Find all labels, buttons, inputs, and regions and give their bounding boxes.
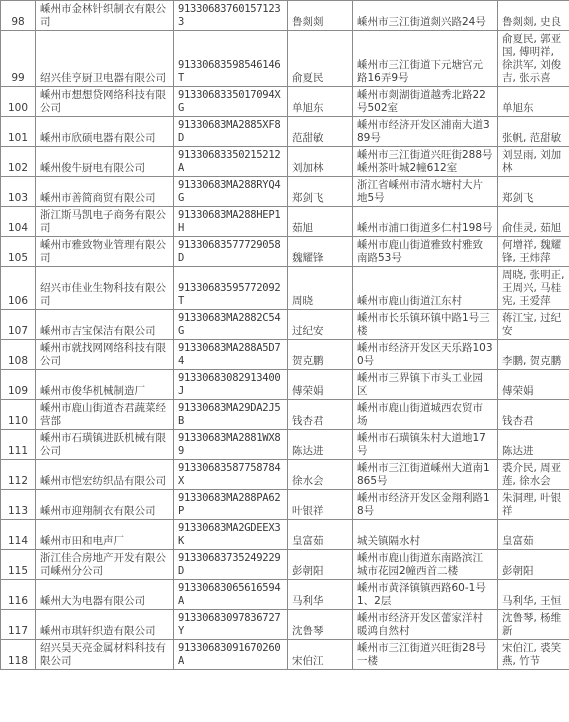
partners-cell: 俞夏民, 郭亚国, 傅明祥, 徐洪军, 刘俊吉, 张示喜 <box>498 31 569 87</box>
company-cell: 嵊州俊牛厨电有限公司 <box>36 147 174 177</box>
table-row: 108嵊州市就找网网络科技有限公司91330683MA288A5D74贺克鹏嵊州… <box>1 340 569 370</box>
company-cell: 嵊州市迎翔制衣有限公司 <box>36 490 174 520</box>
row-index-cell: 118 <box>1 640 36 670</box>
code-cell: 91330683082913400J <box>174 370 288 400</box>
table-row: 104浙江斯马凯电子商务有限公司91330683MA288HEP1H茹旭嵊州市浦… <box>1 207 569 237</box>
address-cell: 嵊州市石璜镇朱村大道地17号 <box>353 430 498 460</box>
partners-cell: 陈达进 <box>498 430 569 460</box>
code-cell: 91330683MA288PA62P <box>174 490 288 520</box>
row-index-cell: 109 <box>1 370 36 400</box>
code-cell: 91330683MA2GDEEX3K <box>174 520 288 550</box>
code-cell: 91330683MA2882C54G <box>174 310 288 340</box>
table-row: 116嵊州大为电器有限公司91330683065616594A马利华嵊州市黄泽镇… <box>1 580 569 610</box>
row-index-cell: 98 <box>1 1 36 31</box>
row-index-cell: 100 <box>1 87 36 117</box>
code-cell: 91330683MA288A5D74 <box>174 340 288 370</box>
company-cell: 嵊州市欣硕电器有限公司 <box>36 117 174 147</box>
code-cell: 91330683350215212A <box>174 147 288 177</box>
legal-rep-cell: 傅荣娟 <box>288 370 353 400</box>
table-row: 115浙江佳合房地产开发有限公司嵊州分公司91330683735249229D彭… <box>1 550 569 580</box>
company-cell: 嵊州市琪轩织造有限公司 <box>36 610 174 640</box>
code-cell: 91330683598546146T <box>174 31 288 87</box>
code-cell: 9133068335017094XG <box>174 87 288 117</box>
table-row: 100嵊州市想想贷网络科技有限公司9133068335017094XG单旭东嵊州… <box>1 87 569 117</box>
partners-cell: 郑剑飞 <box>498 177 569 207</box>
table-row: 102嵊州俊牛厨电有限公司91330683350215212A刘加林嵊州市三江街… <box>1 147 569 177</box>
address-cell: 嵊州市经济开发区天乐路1030号 <box>353 340 498 370</box>
address-cell: 浙江省嵊州市清水塘村大片地5号 <box>353 177 498 207</box>
code-cell: 91330683091670260A <box>174 640 288 670</box>
partners-cell: 蒋江宝, 过纪安 <box>498 310 569 340</box>
company-cell: 嵊州大为电器有限公司 <box>36 580 174 610</box>
partners-cell: 周晓, 张明正, 王周兴, 马桂宪, 王爱萍 <box>498 267 569 310</box>
code-cell: 91330683577729058D <box>174 237 288 267</box>
table-row: 112嵊州市恺宏纺织品有限公司91330683587758784X徐水会嵊州市三… <box>1 460 569 490</box>
legal-rep-cell: 范甜敏 <box>288 117 353 147</box>
row-index-cell: 101 <box>1 117 36 147</box>
company-cell: 绍兴昊天亮金属材料科技有限公司 <box>36 640 174 670</box>
table-row: 109嵊州市俊华机械制造厂91330683082913400J傅荣娟嵊州市三界镇… <box>1 370 569 400</box>
company-registry-table: 98嵊州市金林针织制衣有限公司913306837601571233鲁剡剡嵊州市三… <box>0 0 569 670</box>
row-index-cell: 113 <box>1 490 36 520</box>
company-cell: 嵊州市恺宏纺织品有限公司 <box>36 460 174 490</box>
address-cell: 嵊州市鹿山街道城西农贸市场 <box>353 400 498 430</box>
table-row: 110嵊州市鹿山街道杏君蔬菜经营部91330683MA29DA2J5B钱杏君嵊州… <box>1 400 569 430</box>
table-row: 114嵊州市田和电声厂91330683MA2GDEEX3K皇富茹城关镇隔水村皇富… <box>1 520 569 550</box>
table-row: 113嵊州市迎翔制衣有限公司91330683MA288PA62P叶银祥嵊州市经济… <box>1 490 569 520</box>
row-index-cell: 104 <box>1 207 36 237</box>
legal-rep-cell: 单旭东 <box>288 87 353 117</box>
address-cell: 嵊州市三江街道嵊州大道南1865号 <box>353 460 498 490</box>
code-cell: 91330683595772092T <box>174 267 288 310</box>
company-cell: 浙江佳合房地产开发有限公司嵊州分公司 <box>36 550 174 580</box>
partners-cell: 朱洞理, 叶银祥 <box>498 490 569 520</box>
partners-cell: 沈鲁琴, 杨维新 <box>498 610 569 640</box>
code-cell: 91330683MA29DA2J5B <box>174 400 288 430</box>
company-cell: 嵊州市石璜镇进跃机械有限公司 <box>36 430 174 460</box>
company-cell: 嵊州市俊华机械制造厂 <box>36 370 174 400</box>
legal-rep-cell: 宋伯江 <box>288 640 353 670</box>
legal-rep-cell: 叶银祥 <box>288 490 353 520</box>
registry-page: 98嵊州市金林针织制衣有限公司913306837601571233鲁剡剡嵊州市三… <box>0 0 569 722</box>
address-cell: 嵊州市经济开发区浦南大道389号 <box>353 117 498 147</box>
company-cell: 绍兴佳亨厨卫电器有限公司 <box>36 31 174 87</box>
legal-rep-cell: 俞夏民 <box>288 31 353 87</box>
address-cell: 嵊州市鹿山街道江东村 <box>353 267 498 310</box>
row-index-cell: 115 <box>1 550 36 580</box>
row-index-cell: 102 <box>1 147 36 177</box>
partners-cell: 李鹏, 贺克鹏 <box>498 340 569 370</box>
address-cell: 嵊州市三江街道下元塘宫元路16弄9号 <box>353 31 498 87</box>
code-cell: 91330683097836727Y <box>174 610 288 640</box>
row-index-cell: 106 <box>1 267 36 310</box>
table-row: 111嵊州市石璜镇进跃机械有限公司91330683MA2881WX89陈达进嵊州… <box>1 430 569 460</box>
legal-rep-cell: 彭朝阳 <box>288 550 353 580</box>
table-row: 118绍兴昊天亮金属材料科技有限公司91330683091670260A宋伯江嵊… <box>1 640 569 670</box>
address-cell: 嵊州市经济开发区蕾家洋村暖鸿自然村 <box>353 610 498 640</box>
legal-rep-cell: 周晓 <box>288 267 353 310</box>
table-row: 117嵊州市琪轩织造有限公司91330683097836727Y沈鲁琴嵊州市经济… <box>1 610 569 640</box>
legal-rep-cell: 钱杏君 <box>288 400 353 430</box>
code-cell: 91330683MA288RYQ4G <box>174 177 288 207</box>
legal-rep-cell: 徐水会 <box>288 460 353 490</box>
legal-rep-cell: 皇富茹 <box>288 520 353 550</box>
table-row: 106绍兴市佳业生物科技有限公司91330683595772092T周晓嵊州市鹿… <box>1 267 569 310</box>
code-cell: 91330683MA288HEP1H <box>174 207 288 237</box>
address-cell: 嵊州市三江街道剡兴路24号 <box>353 1 498 31</box>
row-index-cell: 111 <box>1 430 36 460</box>
table-row: 107嵊州市吉宝保洁有限公司91330683MA2882C54G过纪安嵊州市长乐… <box>1 310 569 340</box>
partners-cell: 宋伯江, 裘笑燕, 竹节 <box>498 640 569 670</box>
row-index-cell: 103 <box>1 177 36 207</box>
legal-rep-cell: 贺克鹏 <box>288 340 353 370</box>
row-index-cell: 105 <box>1 237 36 267</box>
table-row: 105嵊州市雅致物业管理有限公司91330683577729058D魏耀锋嵊州市… <box>1 237 569 267</box>
partners-cell: 张帆, 范甜敏 <box>498 117 569 147</box>
company-cell: 绍兴市佳业生物科技有限公司 <box>36 267 174 310</box>
address-cell: 嵊州市浦口街道多仁村198号 <box>353 207 498 237</box>
code-cell: 91330683MA2881WX89 <box>174 430 288 460</box>
address-cell: 嵊州市经济开发区金翔利路18号 <box>353 490 498 520</box>
partners-cell: 傅荣娟 <box>498 370 569 400</box>
partners-cell: 裘介民, 周亚莲, 徐水会 <box>498 460 569 490</box>
address-cell: 嵊州市黄泽镇镇西路60-1号1、2层 <box>353 580 498 610</box>
row-index-cell: 116 <box>1 580 36 610</box>
company-cell: 嵊州市雅致物业管理有限公司 <box>36 237 174 267</box>
legal-rep-cell: 茹旭 <box>288 207 353 237</box>
company-cell: 嵊州市金林针织制衣有限公司 <box>36 1 174 31</box>
company-cell: 嵊州市吉宝保洁有限公司 <box>36 310 174 340</box>
row-index-cell: 107 <box>1 310 36 340</box>
address-cell: 嵊州市三江街道兴旺街288号嵊州茶叶城2幢612室 <box>353 147 498 177</box>
company-cell: 嵊州市就找网网络科技有限公司 <box>36 340 174 370</box>
company-cell: 嵊州市鹿山街道杏君蔬菜经营部 <box>36 400 174 430</box>
row-index-cell: 114 <box>1 520 36 550</box>
partners-cell: 刘昱雨, 刘加林 <box>498 147 569 177</box>
company-cell: 嵊州市田和电声厂 <box>36 520 174 550</box>
partners-cell: 皇富茹 <box>498 520 569 550</box>
code-cell: 913306837601571233 <box>174 1 288 31</box>
address-cell: 嵊州市三江街道兴旺街28号一楼 <box>353 640 498 670</box>
code-cell: 91330683MA2885XF8D <box>174 117 288 147</box>
table-row: 101嵊州市欣硕电器有限公司91330683MA2885XF8D范甜敏嵊州市经济… <box>1 117 569 147</box>
row-index-cell: 117 <box>1 610 36 640</box>
partners-cell: 俞佳灵, 茹旭 <box>498 207 569 237</box>
partners-cell: 彭朝阳 <box>498 550 569 580</box>
legal-rep-cell: 魏耀锋 <box>288 237 353 267</box>
company-cell: 嵊州市想想贷网络科技有限公司 <box>36 87 174 117</box>
row-index-cell: 99 <box>1 31 36 87</box>
table-row: 98嵊州市金林针织制衣有限公司913306837601571233鲁剡剡嵊州市三… <box>1 1 569 31</box>
legal-rep-cell: 郑剑飞 <box>288 177 353 207</box>
code-cell: 91330683587758784X <box>174 460 288 490</box>
table-row: 99绍兴佳亨厨卫电器有限公司91330683598546146T俞夏民嵊州市三江… <box>1 31 569 87</box>
address-cell: 嵊州市鹿山街道东南路滨江城市花园2幢西首二楼 <box>353 550 498 580</box>
partners-cell: 鲁剡剡, 史良 <box>498 1 569 31</box>
legal-rep-cell: 刘加林 <box>288 147 353 177</box>
partners-cell: 钱杏君 <box>498 400 569 430</box>
address-cell: 嵊州市三界镇下市头工业园区 <box>353 370 498 400</box>
partners-cell: 马利华, 王恒 <box>498 580 569 610</box>
address-cell: 城关镇隔水村 <box>353 520 498 550</box>
legal-rep-cell: 沈鲁琴 <box>288 610 353 640</box>
address-cell: 嵊州市鹿山街道雅致村雅致南路53号 <box>353 237 498 267</box>
row-index-cell: 108 <box>1 340 36 370</box>
legal-rep-cell: 鲁剡剡 <box>288 1 353 31</box>
partners-cell: 何增祥, 魏耀锋, 王炜萍 <box>498 237 569 267</box>
address-cell: 嵊州市剡湖街道越秀北路22号502室 <box>353 87 498 117</box>
partners-cell: 单旭东 <box>498 87 569 117</box>
company-cell: 嵊州市善简商贸有限公司 <box>36 177 174 207</box>
registry-table-body: 98嵊州市金林针织制衣有限公司913306837601571233鲁剡剡嵊州市三… <box>1 1 569 670</box>
code-cell: 91330683735249229D <box>174 550 288 580</box>
legal-rep-cell: 过纪安 <box>288 310 353 340</box>
legal-rep-cell: 陈达进 <box>288 430 353 460</box>
address-cell: 嵊州市长乐镇环镇中路1号三楼 <box>353 310 498 340</box>
company-cell: 浙江斯马凯电子商务有限公司 <box>36 207 174 237</box>
row-index-cell: 110 <box>1 400 36 430</box>
code-cell: 91330683065616594A <box>174 580 288 610</box>
table-row: 103嵊州市善简商贸有限公司91330683MA288RYQ4G郑剑飞浙江省嵊州… <box>1 177 569 207</box>
legal-rep-cell: 马利华 <box>288 580 353 610</box>
row-index-cell: 112 <box>1 460 36 490</box>
